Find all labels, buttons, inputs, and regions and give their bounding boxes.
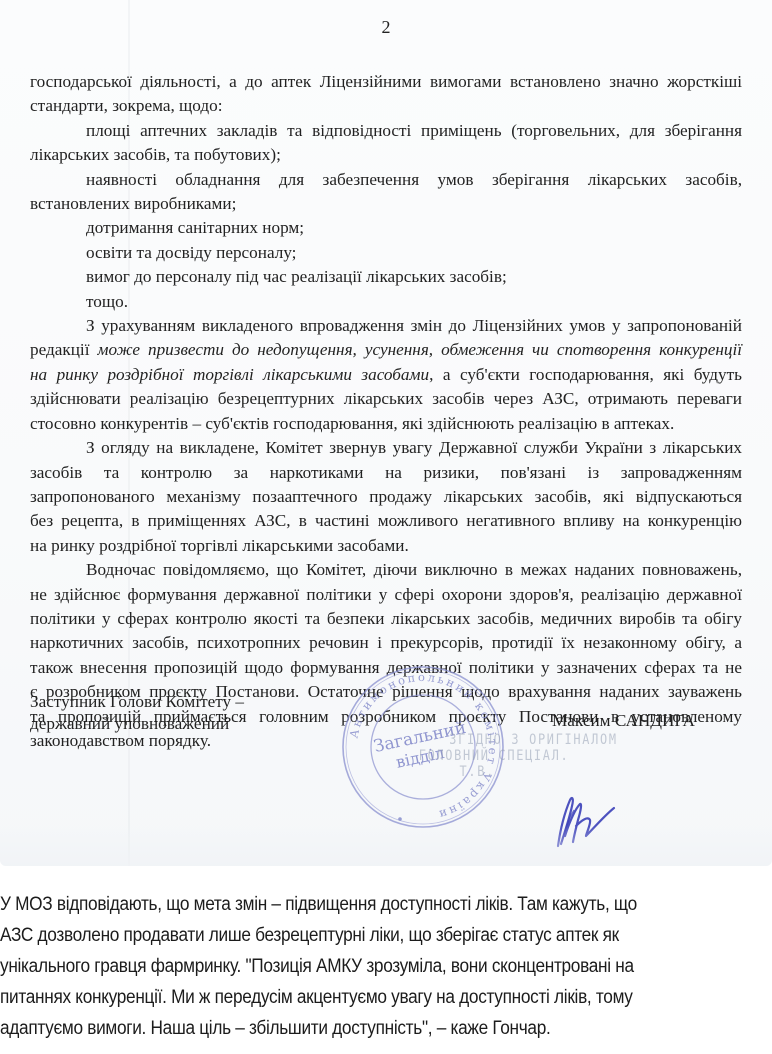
page-number: 2 — [0, 17, 772, 38]
letter-line: запропонованого механізму позааптечного … — [30, 485, 742, 509]
letter-line: площі аптечних закладів та відповідності… — [30, 119, 742, 143]
letter-text: , а суб'єкти господарювання, які будуть — [429, 365, 742, 384]
letter-line: лікарських засобів, та побутових); — [30, 143, 742, 167]
letter-line: вимог до персоналу під час реалізації лі… — [30, 265, 742, 289]
signatory-title: Заступник Голови Комітету – державний уп… — [30, 691, 244, 735]
letter-line: освіти та досвіду персоналу; — [30, 241, 742, 265]
emphasized-text: на ринку роздрібної торгівлі лікарськими… — [30, 365, 429, 384]
signatory-name: Максим САНДИГА — [552, 711, 695, 731]
letter-line: З огляду на викладене, Комітет звернув у… — [30, 436, 742, 460]
letter-line: здійснювати реалізацію безрецептурних лі… — [30, 387, 742, 411]
article-line: питаннях конкуренції. Ми ж передусім акц… — [0, 982, 679, 1013]
certified-copy-stamp: ЗГІДНО З ОРИГІНАЛОМ ГОЛОВНИЙ СПЕЦІАЛ. Т.… — [400, 732, 618, 780]
letter-line: редакції може призвести до недопущення, … — [30, 338, 742, 362]
article-paragraph: У МОЗ відповідають, що мета змін – підви… — [0, 889, 772, 1044]
letter-text: редакції — [30, 340, 97, 359]
certified-copy-line2: ГОЛОВНИЙ СПЕЦІАЛ. — [400, 748, 618, 764]
article-line: У МОЗ відповідають, що мета змін – підви… — [0, 889, 679, 920]
letter-line: політики у сферах контролю якості та без… — [30, 607, 742, 631]
article-line: унікального гравця фармринку. "Позиція А… — [0, 951, 679, 982]
letter-line: стосовно конкурентів – суб'єктів господа… — [30, 412, 742, 436]
certified-copy-line1: ЗГІДНО З ОРИГІНАЛОМ — [400, 732, 618, 748]
letter-line: стандарти, зокрема, щодо: — [30, 94, 742, 118]
letter-line: дотримання санітарних норм; — [30, 216, 742, 240]
letter-line: на ринку роздрібної торгівлі лікарськими… — [30, 534, 742, 558]
letter-line: без рецепта, в приміщеннях АЗС, в частин… — [30, 509, 742, 533]
letter-line: тощо. — [30, 290, 742, 314]
emphasized-text: може призвести до недопущення, усунення,… — [97, 340, 742, 359]
letter-line: Водночас повідомляємо, що Комітет, діючи… — [30, 558, 742, 582]
letter-line: З урахуванням викладеного впровадження з… — [30, 314, 742, 338]
letter-line: не здійснює формування державної політик… — [30, 583, 742, 607]
letter-line: наркотичних засобів, психотропних речови… — [30, 631, 742, 655]
letter-line: на ринку роздрібної торгівлі лікарськими… — [30, 363, 742, 387]
signatory-title-line1: Заступник Голови Комітету – — [30, 691, 244, 713]
article-line: адаптуємо вимоги. Наша ціль – збільшити … — [0, 1013, 679, 1044]
letter-line: господарської діяльності, а до аптек Ліц… — [30, 70, 742, 94]
letter-line: встановлених виробниками; — [30, 192, 742, 216]
letter-line: засобів та контролю за наркотиками на ри… — [30, 461, 742, 485]
certified-copy-line3: Т.В. — [400, 764, 618, 780]
scanned-letter-image: 2 господарської діяльності, а до аптек Л… — [0, 0, 772, 866]
handwritten-signature-icon — [552, 790, 622, 850]
letter-line: наявності обладнання для забезпечення ум… — [30, 168, 742, 192]
article-line: АЗС дозволено продавати лише безрецептур… — [0, 920, 679, 951]
signatory-title-line2: державний уповноважений — [30, 713, 244, 735]
letter-body: господарської діяльності, а до аптек Ліц… — [30, 70, 742, 753]
